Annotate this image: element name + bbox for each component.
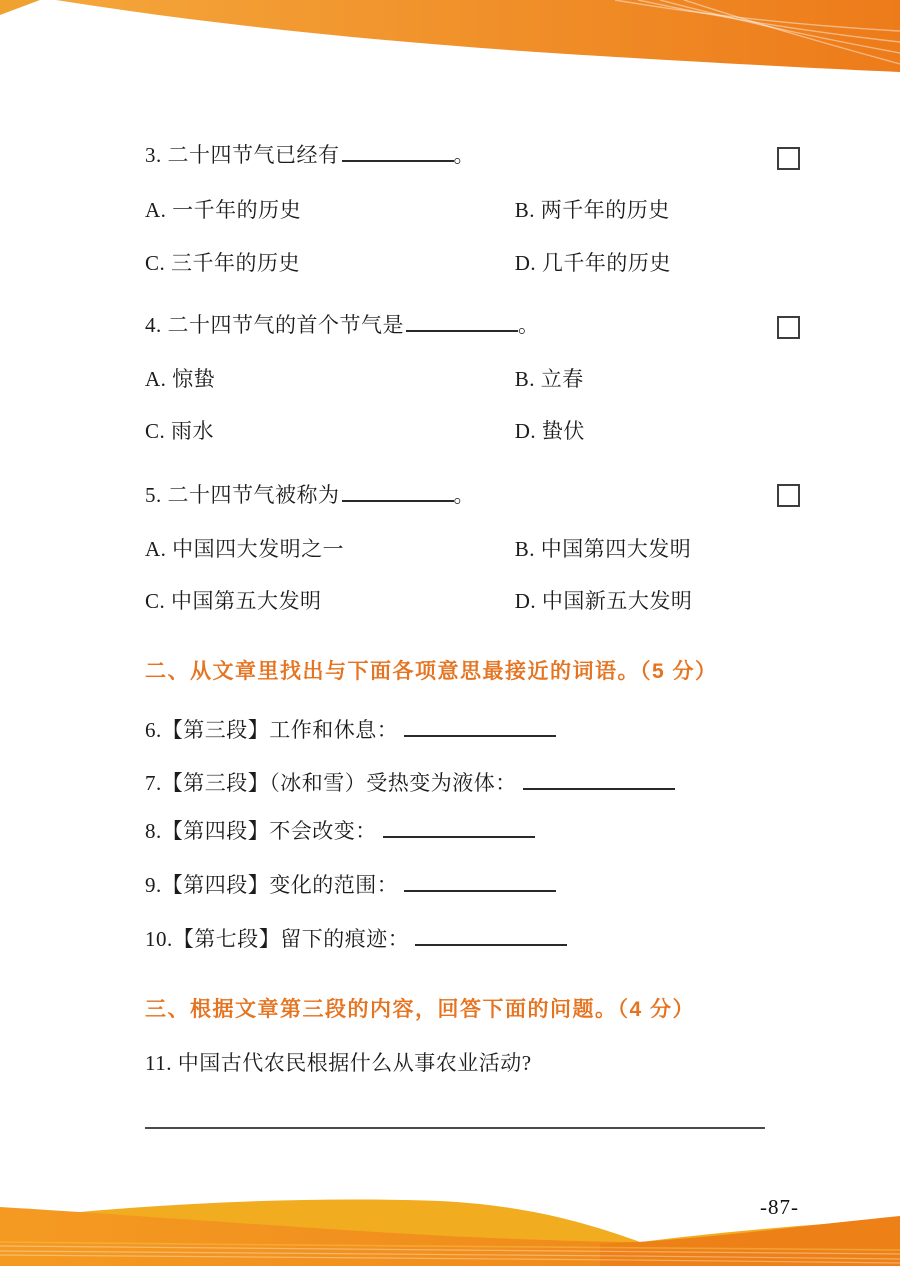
question-4-period: 。 bbox=[518, 313, 540, 337]
blank-line bbox=[404, 890, 556, 892]
question-5-options-ab: A. 中国四大发明之一 B. 中国第四大发明 bbox=[145, 536, 805, 562]
fill-item-8-text: 8.【第四段】不会改变： bbox=[145, 819, 377, 843]
option-d: D. 中国新五大发明 bbox=[515, 588, 693, 614]
option-b: B. 两千年的历史 bbox=[515, 197, 670, 223]
bottom-wave-decoration bbox=[0, 1190, 900, 1266]
section-2-heading: 二、从文章里找出与下面各项意思最接近的词语。（5 分） bbox=[145, 659, 805, 685]
question-3-options-ab: A. 一千年的历史 B. 两千年的历史 bbox=[145, 197, 805, 223]
blank-line bbox=[383, 836, 535, 838]
option-c: C. 中国第五大发明 bbox=[145, 588, 509, 614]
answer-box-q3[interactable] bbox=[777, 147, 800, 170]
fill-item-9-text: 9.【第四段】变化的范围： bbox=[145, 873, 398, 897]
question-5-stem: 5. 二十四节气被称为。 bbox=[145, 482, 805, 508]
fill-item-6-text: 6.【第三段】工作和休息： bbox=[145, 718, 398, 742]
option-a: A. 中国四大发明之一 bbox=[145, 536, 509, 562]
fill-item-6: 6.【第三段】工作和休息： bbox=[145, 717, 805, 743]
option-d: D. 蛰伏 bbox=[515, 418, 585, 444]
question-4-stem: 4. 二十四节气的首个节气是。 bbox=[145, 312, 805, 338]
question-3-text: 3. 二十四节气已经有 bbox=[145, 143, 340, 167]
top-wave-decoration bbox=[0, 0, 900, 80]
fill-item-9: 9.【第四段】变化的范围： bbox=[145, 872, 805, 898]
fill-item-7: 7.【第三段】（冰和雪）受热变为液体： bbox=[145, 770, 805, 796]
fill-item-8: 8.【第四段】不会改变： bbox=[145, 818, 805, 844]
worksheet-page: 3. 二十四节气已经有。 A. 一千年的历史 B. 两千年的历史 C. 三千年的… bbox=[0, 0, 900, 1266]
question-4-text: 4. 二十四节气的首个节气是 bbox=[145, 313, 404, 337]
question-5-text: 5. 二十四节气被称为 bbox=[145, 483, 340, 507]
question-3-period: 。 bbox=[454, 143, 476, 167]
answer-writing-line bbox=[145, 1127, 765, 1129]
option-b: B. 中国第四大发明 bbox=[515, 536, 692, 562]
question-5-options-cd: C. 中国第五大发明 D. 中国新五大发明 bbox=[145, 588, 805, 614]
blank-line bbox=[406, 330, 518, 332]
option-a: A. 惊蛰 bbox=[145, 366, 509, 392]
option-c: C. 三千年的历史 bbox=[145, 250, 509, 276]
option-d: D. 几千年的历史 bbox=[515, 250, 671, 276]
option-c: C. 雨水 bbox=[145, 418, 509, 444]
question-4-options-ab: A. 惊蛰 B. 立春 bbox=[145, 366, 805, 392]
blank-line bbox=[342, 500, 454, 502]
option-b: B. 立春 bbox=[515, 366, 584, 392]
question-11: 11. 中国古代农民根据什么从事农业活动? bbox=[145, 1050, 805, 1076]
question-11-text: 11. 中国古代农民根据什么从事农业活动? bbox=[145, 1051, 532, 1075]
blank-line bbox=[404, 735, 556, 737]
option-a: A. 一千年的历史 bbox=[145, 197, 509, 223]
question-4-options-cd: C. 雨水 D. 蛰伏 bbox=[145, 418, 805, 444]
fill-item-7-text: 7.【第三段】（冰和雪）受热变为液体： bbox=[145, 771, 517, 795]
blank-line bbox=[415, 944, 567, 946]
blank-line bbox=[342, 160, 454, 162]
fill-item-10: 10.【第七段】留下的痕迹： bbox=[145, 926, 805, 952]
answer-box-q5[interactable] bbox=[777, 484, 800, 507]
section-3-heading: 三、根据文章第三段的内容，回答下面的问题。（4 分） bbox=[145, 997, 805, 1023]
question-3-options-cd: C. 三千年的历史 D. 几千年的历史 bbox=[145, 250, 805, 276]
question-3-stem: 3. 二十四节气已经有。 bbox=[145, 142, 805, 168]
answer-box-q4[interactable] bbox=[777, 316, 800, 339]
blank-line bbox=[523, 788, 675, 790]
fill-item-10-text: 10.【第七段】留下的痕迹： bbox=[145, 927, 409, 951]
question-5-period: 。 bbox=[454, 483, 476, 507]
